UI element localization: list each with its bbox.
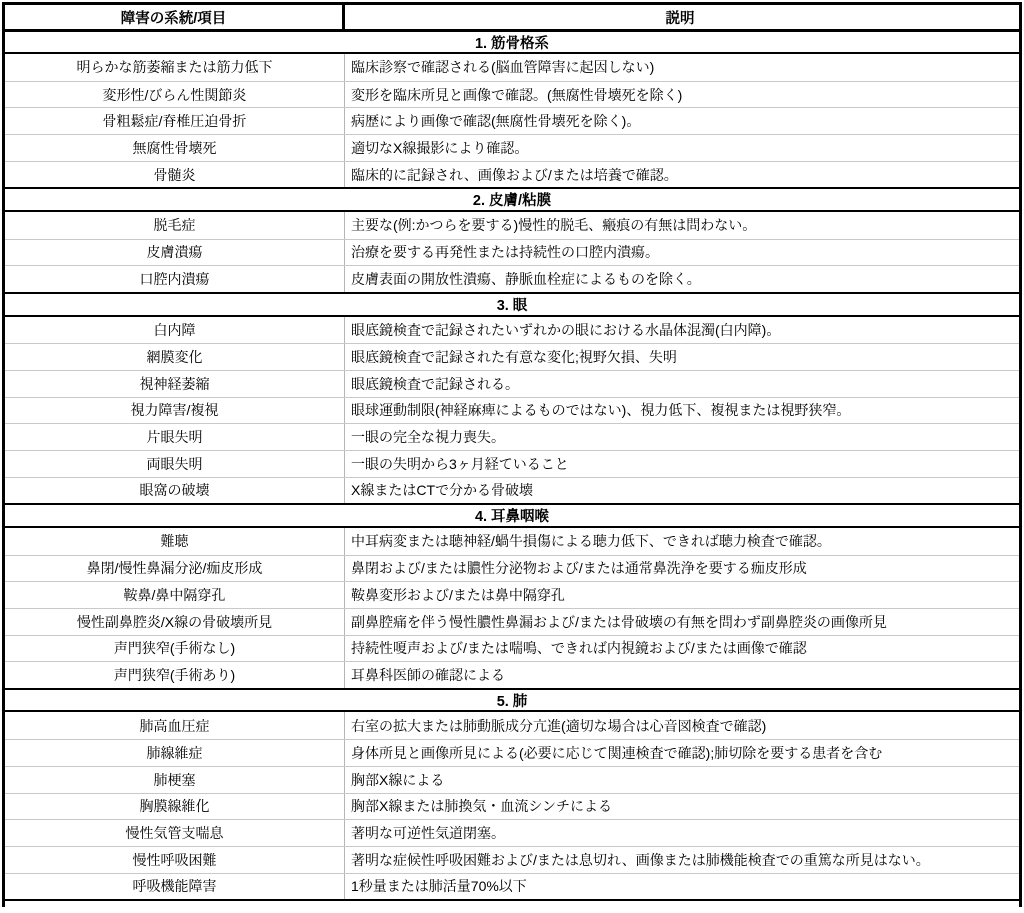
item-cell: 白内障 bbox=[5, 317, 345, 344]
item-cell: 鼻閉/慢性鼻漏分泌/痂皮形成 bbox=[5, 556, 345, 582]
item-cell: 呼吸機能障害 bbox=[5, 874, 345, 900]
item-cell: 難聴 bbox=[5, 528, 345, 555]
description-cell: 適切なX線撮影により確認。 bbox=[345, 135, 1019, 161]
item-cell: 鞍鼻/鼻中隔穿孔 bbox=[5, 582, 345, 608]
description-cell: 皮膚表面の開放性潰瘍、静脈血栓症によるものを除く。 bbox=[345, 266, 1019, 292]
item-cell: 眼窩の破壊 bbox=[5, 478, 345, 504]
description-cell: 著明な可逆性気道閉塞。 bbox=[345, 820, 1019, 846]
description-cell: 副鼻腔痛を伴う慢性膿性鼻漏および/または骨破壊の有無を問わず副鼻腔炎の画像所見 bbox=[345, 609, 1019, 635]
damage-criteria-table: 障害の系統/項目 説明 1. 筋骨格系明らかな筋萎縮または筋力低下臨床診察で確認… bbox=[2, 2, 1022, 907]
table-row: 皮膚潰瘍治療を要する再発性または持続性の口腔内潰瘍。 bbox=[5, 239, 1019, 266]
item-cell: 慢性気管支喘息 bbox=[5, 820, 345, 846]
item-cell: 慢性副鼻腔炎/X線の骨破壊所見 bbox=[5, 609, 345, 635]
table-row: 口腔内潰瘍皮膚表面の開放性潰瘍、静脈血栓症によるものを除く。 bbox=[5, 265, 1019, 292]
item-cell: 変形性/びらん性関節炎 bbox=[5, 82, 345, 108]
description-cell: 臨床的に記録され、画像および/または培養で確認。 bbox=[345, 162, 1019, 188]
table-row: 明らかな筋萎縮または筋力低下臨床診察で確認される(脳血管障害に起因しない) bbox=[5, 54, 1019, 81]
table-row: 肺線維症身体所見と画像所見による(必要に応じて関連検査で確認);肺切除を要する患… bbox=[5, 739, 1019, 766]
table-row: 呼吸機能障害1秒量または肺活量70%以下 bbox=[5, 873, 1019, 900]
table-row: 骨髄炎臨床的に記録され、画像および/または培養で確認。 bbox=[5, 161, 1019, 188]
table-row: 脱毛症主要な(例:かつらを要する)慢性的脱毛、瘢痕の有無は問わない。 bbox=[5, 212, 1019, 239]
table-row: 骨粗鬆症/脊椎圧迫骨折病歴により画像で確認(無腐性骨壊死を除く)。 bbox=[5, 107, 1019, 134]
description-cell: 中耳病変または聴神経/蝸牛損傷による聴力低下、できれば聴力検査で確認。 bbox=[345, 528, 1019, 555]
description-cell: 身体所見と画像所見による(必要に応じて関連検査で確認);肺切除を要する患者を含む bbox=[345, 740, 1019, 766]
table-row: 白内障眼底鏡検査で記録されたいずれかの眼における水晶体混濁(白内障)。 bbox=[5, 317, 1019, 344]
table-row: 両眼失明一眼の失明から3ヶ月経ていること bbox=[5, 450, 1019, 477]
item-cell: 肺梗塞 bbox=[5, 767, 345, 793]
item-cell: 胸膜線維化 bbox=[5, 794, 345, 820]
description-cell: 著明な症候性呼吸困難および/または息切れ、画像または肺機能検査での重篤な所見はな… bbox=[345, 847, 1019, 873]
item-cell: 声門狭窄(手術なし) bbox=[5, 636, 345, 662]
item-cell: 両眼失明 bbox=[5, 451, 345, 477]
item-cell: 口腔内潰瘍 bbox=[5, 266, 345, 292]
table-row: 声門狭窄(手術なし)持続性嗄声および/または喘鳴、できれば内視鏡および/または画… bbox=[5, 635, 1019, 662]
description-cell: 臨床診察で確認される(脳血管障害に起因しない) bbox=[345, 54, 1019, 81]
description-cell: X線またはCTで分かる骨破壊 bbox=[345, 478, 1019, 504]
item-cell: 視神経萎縮 bbox=[5, 371, 345, 397]
table-header-row: 障害の系統/項目 説明 bbox=[5, 5, 1019, 32]
table-row: 肺梗塞胸部X線による bbox=[5, 766, 1019, 793]
item-cell: 視力障害/複視 bbox=[5, 398, 345, 424]
table-row: 胸膜線維化胸部X線または肺換気・血流シンチによる bbox=[5, 793, 1019, 820]
description-cell: 病歴により画像で確認(無腐性骨壊死を除く)。 bbox=[345, 108, 1019, 134]
description-cell: 主要な(例:かつらを要する)慢性的脱毛、瘢痕の有無は問わない。 bbox=[345, 212, 1019, 239]
description-cell: 一眼の完全な視力喪失。 bbox=[345, 424, 1019, 450]
item-cell: 肺高血圧症 bbox=[5, 712, 345, 739]
section-header-row: 5. 肺 bbox=[5, 688, 1019, 713]
description-cell: 胸部X線による bbox=[345, 767, 1019, 793]
section-header-row: 3. 眼 bbox=[5, 292, 1019, 317]
table-row: 鞍鼻/鼻中隔穿孔鞍鼻変形および/または鼻中隔穿孔 bbox=[5, 581, 1019, 608]
item-cell: 骨髄炎 bbox=[5, 162, 345, 188]
item-cell: 声門狭窄(手術あり) bbox=[5, 662, 345, 688]
item-cell: 脱毛症 bbox=[5, 212, 345, 239]
column-header-description: 説明 bbox=[345, 5, 1019, 29]
description-cell: 眼底鏡検査で記録される。 bbox=[345, 371, 1019, 397]
table-row: 慢性呼吸困難著明な症候性呼吸困難および/または息切れ、画像または肺機能検査での重… bbox=[5, 846, 1019, 873]
table-row: 難聴中耳病変または聴神経/蝸牛損傷による聴力低下、できれば聴力検査で確認。 bbox=[5, 528, 1019, 555]
description-cell: 眼底鏡検査で記録された有意な変化;視野欠損、失明 bbox=[345, 344, 1019, 370]
item-cell: 肺線維症 bbox=[5, 740, 345, 766]
table-row: 視力障害/複視眼球運動制限(神経麻痺によるものではない)、視力低下、複視または視… bbox=[5, 397, 1019, 424]
description-cell: 一眼の失明から3ヶ月経ていること bbox=[345, 451, 1019, 477]
section-header-row: 1. 筋骨格系 bbox=[5, 32, 1019, 54]
description-cell: 眼底鏡検査で記録されたいずれかの眼における水晶体混濁(白内障)。 bbox=[345, 317, 1019, 344]
description-cell: 眼球運動制限(神経麻痺によるものではない)、視力低下、複視または視野狭窄。 bbox=[345, 398, 1019, 424]
table-row: 慢性気管支喘息著明な可逆性気道閉塞。 bbox=[5, 819, 1019, 846]
section-header-row: 4. 耳鼻咽喉 bbox=[5, 503, 1019, 528]
description-cell: 鼻閉および/または膿性分泌物および/または通常鼻洗浄を要する痂皮形成 bbox=[345, 556, 1019, 582]
table-row: 片眼失明一眼の完全な視力喪失。 bbox=[5, 423, 1019, 450]
item-cell: 網膜変化 bbox=[5, 344, 345, 370]
table-row: 眼窩の破壊X線またはCTで分かる骨破壊 bbox=[5, 477, 1019, 504]
description-cell: 胸部X線または肺換気・血流シンチによる bbox=[345, 794, 1019, 820]
table-row: 変形性/びらん性関節炎変形を臨床所見と画像で確認。(無腐性骨壊死を除く) bbox=[5, 81, 1019, 108]
description-cell: 1秒量または肺活量70%以下 bbox=[345, 874, 1019, 900]
item-cell: 皮膚潰瘍 bbox=[5, 240, 345, 266]
column-header-item: 障害の系統/項目 bbox=[5, 5, 345, 29]
item-cell: 片眼失明 bbox=[5, 424, 345, 450]
item-cell: 明らかな筋萎縮または筋力低下 bbox=[5, 54, 345, 81]
table-body: 1. 筋骨格系明らかな筋萎縮または筋力低下臨床診察で確認される(脳血管障害に起因… bbox=[5, 32, 1019, 899]
description-cell: 耳鼻科医師の確認による bbox=[345, 662, 1019, 688]
description-cell: 鞍鼻変形および/または鼻中隔穿孔 bbox=[345, 582, 1019, 608]
description-cell: 持続性嗄声および/または喘鳴、できれば内視鏡および/または画像で確認 bbox=[345, 636, 1019, 662]
table-row: 声門狭窄(手術あり)耳鼻科医師の確認による bbox=[5, 661, 1019, 688]
table-row: 慢性副鼻腔炎/X線の骨破壊所見副鼻腔痛を伴う慢性膿性鼻漏および/または骨破壊の有… bbox=[5, 608, 1019, 635]
description-cell: 右室の拡大または肺動脈成分亢進(適切な場合は心音図検査で確認) bbox=[345, 712, 1019, 739]
table-row: 無腐性骨壊死適切なX線撮影により確認。 bbox=[5, 134, 1019, 161]
table-row: 視神経萎縮眼底鏡検査で記録される。 bbox=[5, 370, 1019, 397]
table-row: 肺高血圧症右室の拡大または肺動脈成分亢進(適切な場合は心音図検査で確認) bbox=[5, 712, 1019, 739]
item-cell: 無腐性骨壊死 bbox=[5, 135, 345, 161]
description-cell: 変形を臨床所見と画像で確認。(無腐性骨壊死を除く) bbox=[345, 82, 1019, 108]
item-cell: 慢性呼吸困難 bbox=[5, 847, 345, 873]
table-row: 網膜変化眼底鏡検査で記録された有意な変化;視野欠損、失明 bbox=[5, 343, 1019, 370]
description-cell: 治療を要する再発性または持続性の口腔内潰瘍。 bbox=[345, 240, 1019, 266]
table-row: 鼻閉/慢性鼻漏分泌/痂皮形成鼻閉および/または膿性分泌物および/または通常鼻洗浄… bbox=[5, 555, 1019, 582]
cutoff-section-row bbox=[5, 899, 1019, 907]
section-header-row: 2. 皮膚/粘膜 bbox=[5, 187, 1019, 212]
item-cell: 骨粗鬆症/脊椎圧迫骨折 bbox=[5, 108, 345, 134]
